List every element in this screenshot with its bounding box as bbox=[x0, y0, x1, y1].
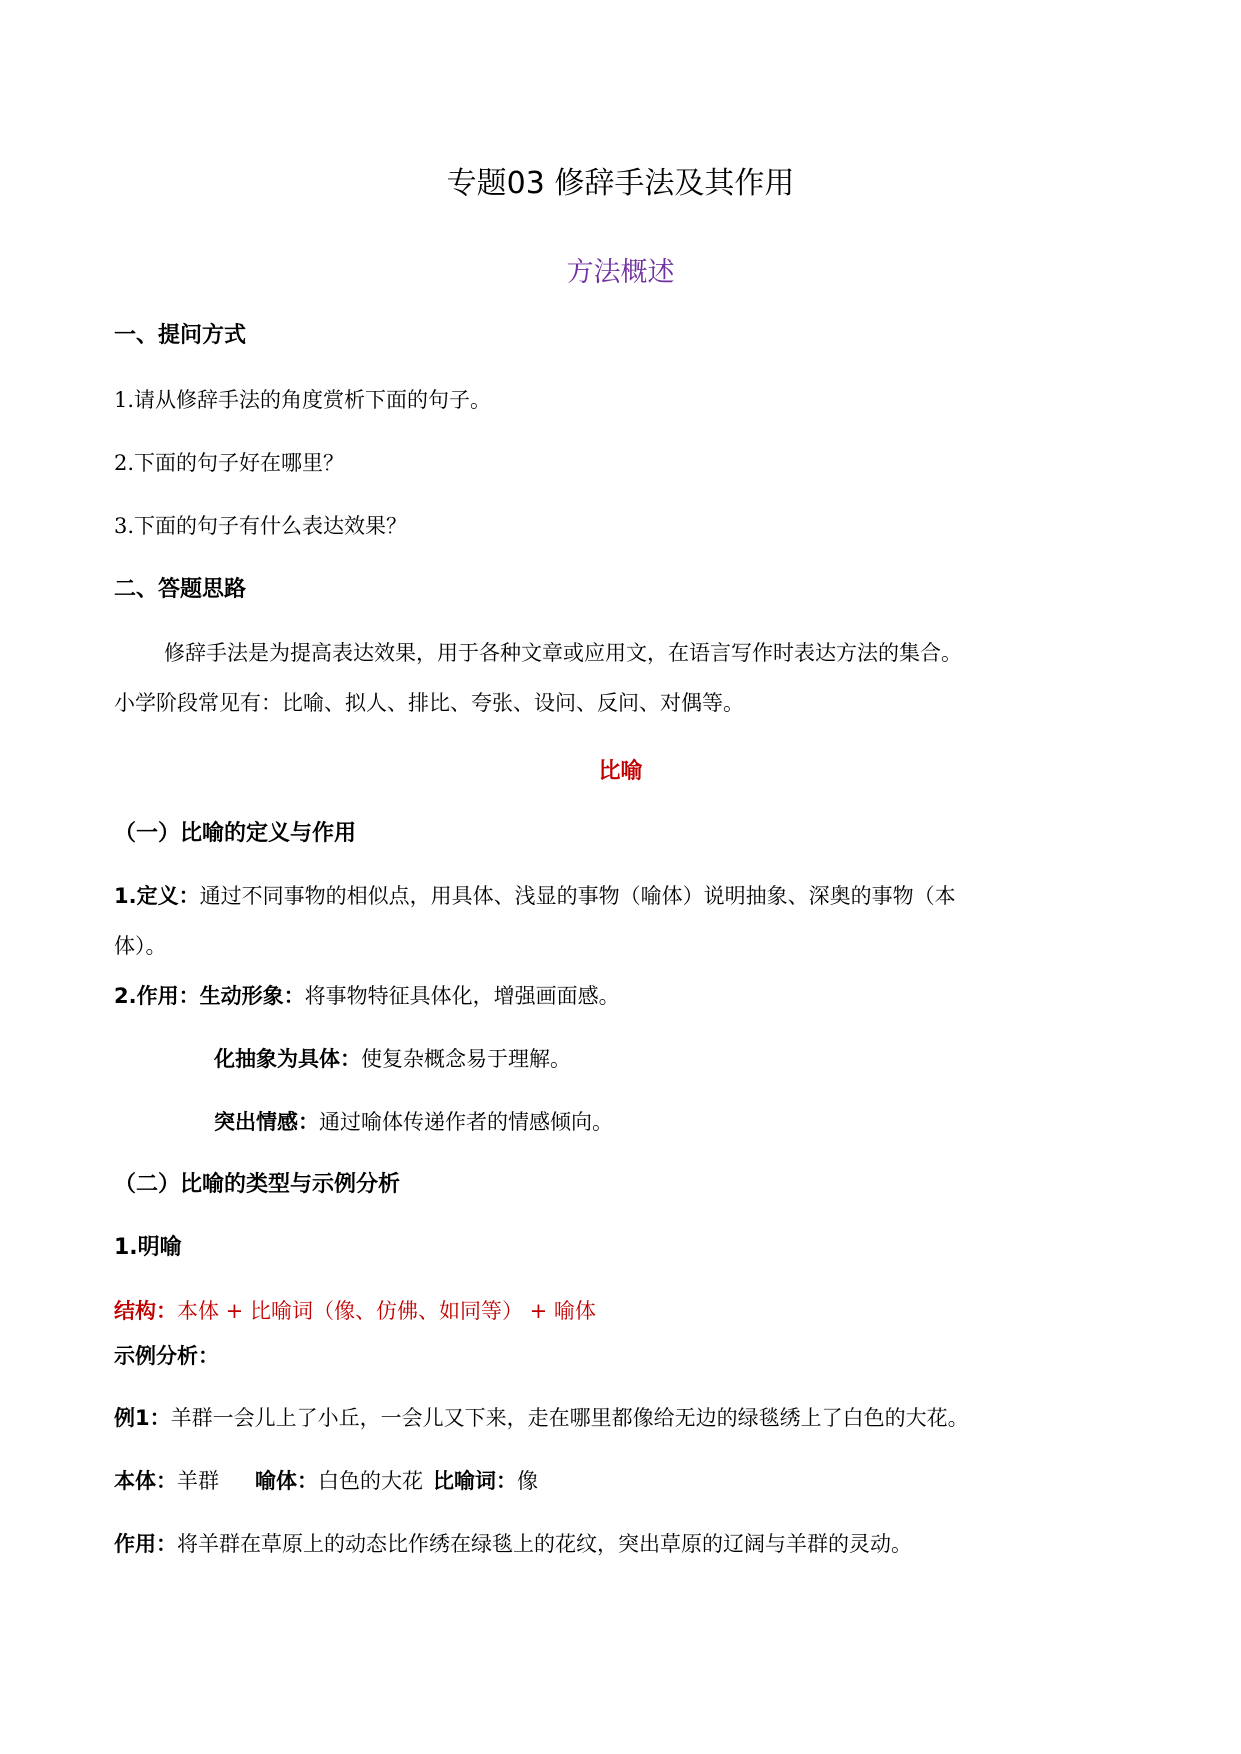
function-1-label: 生动形象： bbox=[200, 984, 305, 1008]
heading-answer-approach: 二、答题思路 bbox=[114, 576, 246, 604]
question-item-3: 3.下面的句子有什么表达效果？ bbox=[114, 512, 407, 540]
section-subtitle-method-overview: 方法概述 bbox=[0, 256, 1241, 290]
vehicle-label: 喻体： bbox=[255, 1469, 318, 1493]
heading-simile: 1.明喻 bbox=[114, 1234, 182, 1262]
heading-metaphor-types-examples: （二）比喻的类型与示例分析 bbox=[114, 1171, 400, 1199]
effect-label: 作用： bbox=[114, 1532, 177, 1556]
function-item-2: 化抽象为具体：使复杂概念易于理解。 bbox=[214, 1045, 571, 1073]
structure-text: 本体 + 比喻词（像、仿佛、如同等） + 喻体 bbox=[177, 1299, 596, 1323]
approach-paragraph-line1: 修辞手法是为提高表达效果，用于各种文章或应用文，在语言写作时表达方法的集合。 bbox=[164, 639, 962, 667]
function-label: 2.作用： bbox=[114, 984, 200, 1008]
question-item-1: 1.请从修辞手法的角度赏析下面的句子。 bbox=[114, 386, 491, 414]
definition-text: 通过不同事物的相似点，用具体、浅显的事物（喻体）说明抽象、深奥的事物（本 bbox=[200, 884, 956, 908]
function-item-1: 2.作用：生动形象：将事物特征具体化，增强画面感。 bbox=[114, 982, 620, 1010]
simile-structure: 结构：本体 + 比喻词（像、仿佛、如同等） + 喻体 bbox=[114, 1297, 596, 1325]
function-1-text: 将事物特征具体化，增强画面感。 bbox=[305, 984, 620, 1008]
tenor-label: 本体： bbox=[114, 1469, 177, 1493]
question-item-2: 2.下面的句子好在哪里？ bbox=[114, 449, 344, 477]
example-1-components: 本体：羊群喻体：白色的大花比喻词：像 bbox=[114, 1467, 538, 1495]
vehicle-value: 白色的大花 bbox=[318, 1469, 423, 1493]
effect-text: 将羊群在草原上的动态比作绣在绿毯上的花纹，突出草原的辽阔与羊群的灵动。 bbox=[177, 1532, 912, 1556]
approach-paragraph-line2: 小学阶段常见有：比喻、拟人、排比、夸张、设问、反问、对偶等。 bbox=[114, 689, 744, 717]
tenor-value: 羊群 bbox=[177, 1469, 219, 1493]
document-page: 专题03 修辞手法及其作用 方法概述 一、提问方式 1.请从修辞手法的角度赏析下… bbox=[0, 0, 1241, 1754]
heading-metaphor: 比喻 bbox=[0, 758, 1241, 786]
definition-line2: 体）。 bbox=[114, 932, 167, 960]
definition-line1: 1.定义：通过不同事物的相似点，用具体、浅显的事物（喻体）说明抽象、深奥的事物（… bbox=[114, 882, 956, 910]
example-1-effect: 作用：将羊群在草原上的动态比作绣在绿毯上的花纹，突出草原的辽阔与羊群的灵动。 bbox=[114, 1530, 912, 1558]
function-3-label: 突出情感： bbox=[214, 1110, 319, 1134]
document-title: 专题03 修辞手法及其作用 bbox=[0, 164, 1241, 204]
example-analysis-label: 示例分析： bbox=[114, 1342, 219, 1370]
example-1-label: 例1： bbox=[114, 1406, 171, 1430]
comparator-value: 像 bbox=[517, 1469, 538, 1493]
comparator-label: 比喻词： bbox=[433, 1469, 517, 1493]
function-2-label: 化抽象为具体： bbox=[214, 1047, 361, 1071]
heading-metaphor-definition-function: （一）比喻的定义与作用 bbox=[114, 820, 356, 848]
function-item-3: 突出情感：通过喻体传递作者的情感倾向。 bbox=[214, 1108, 613, 1136]
example-1-text: 羊群一会儿上了小丘，一会儿又下来，走在哪里都像给无边的绿毯绣上了白色的大花。 bbox=[171, 1406, 969, 1430]
definition-label: 1.定义： bbox=[114, 884, 200, 908]
example-1: 例1：羊群一会儿上了小丘，一会儿又下来，走在哪里都像给无边的绿毯绣上了白色的大花… bbox=[114, 1404, 969, 1432]
function-2-text: 使复杂概念易于理解。 bbox=[361, 1047, 571, 1071]
heading-question-types: 一、提问方式 bbox=[114, 322, 246, 350]
structure-label: 结构： bbox=[114, 1299, 177, 1323]
function-3-text: 通过喻体传递作者的情感倾向。 bbox=[319, 1110, 613, 1134]
